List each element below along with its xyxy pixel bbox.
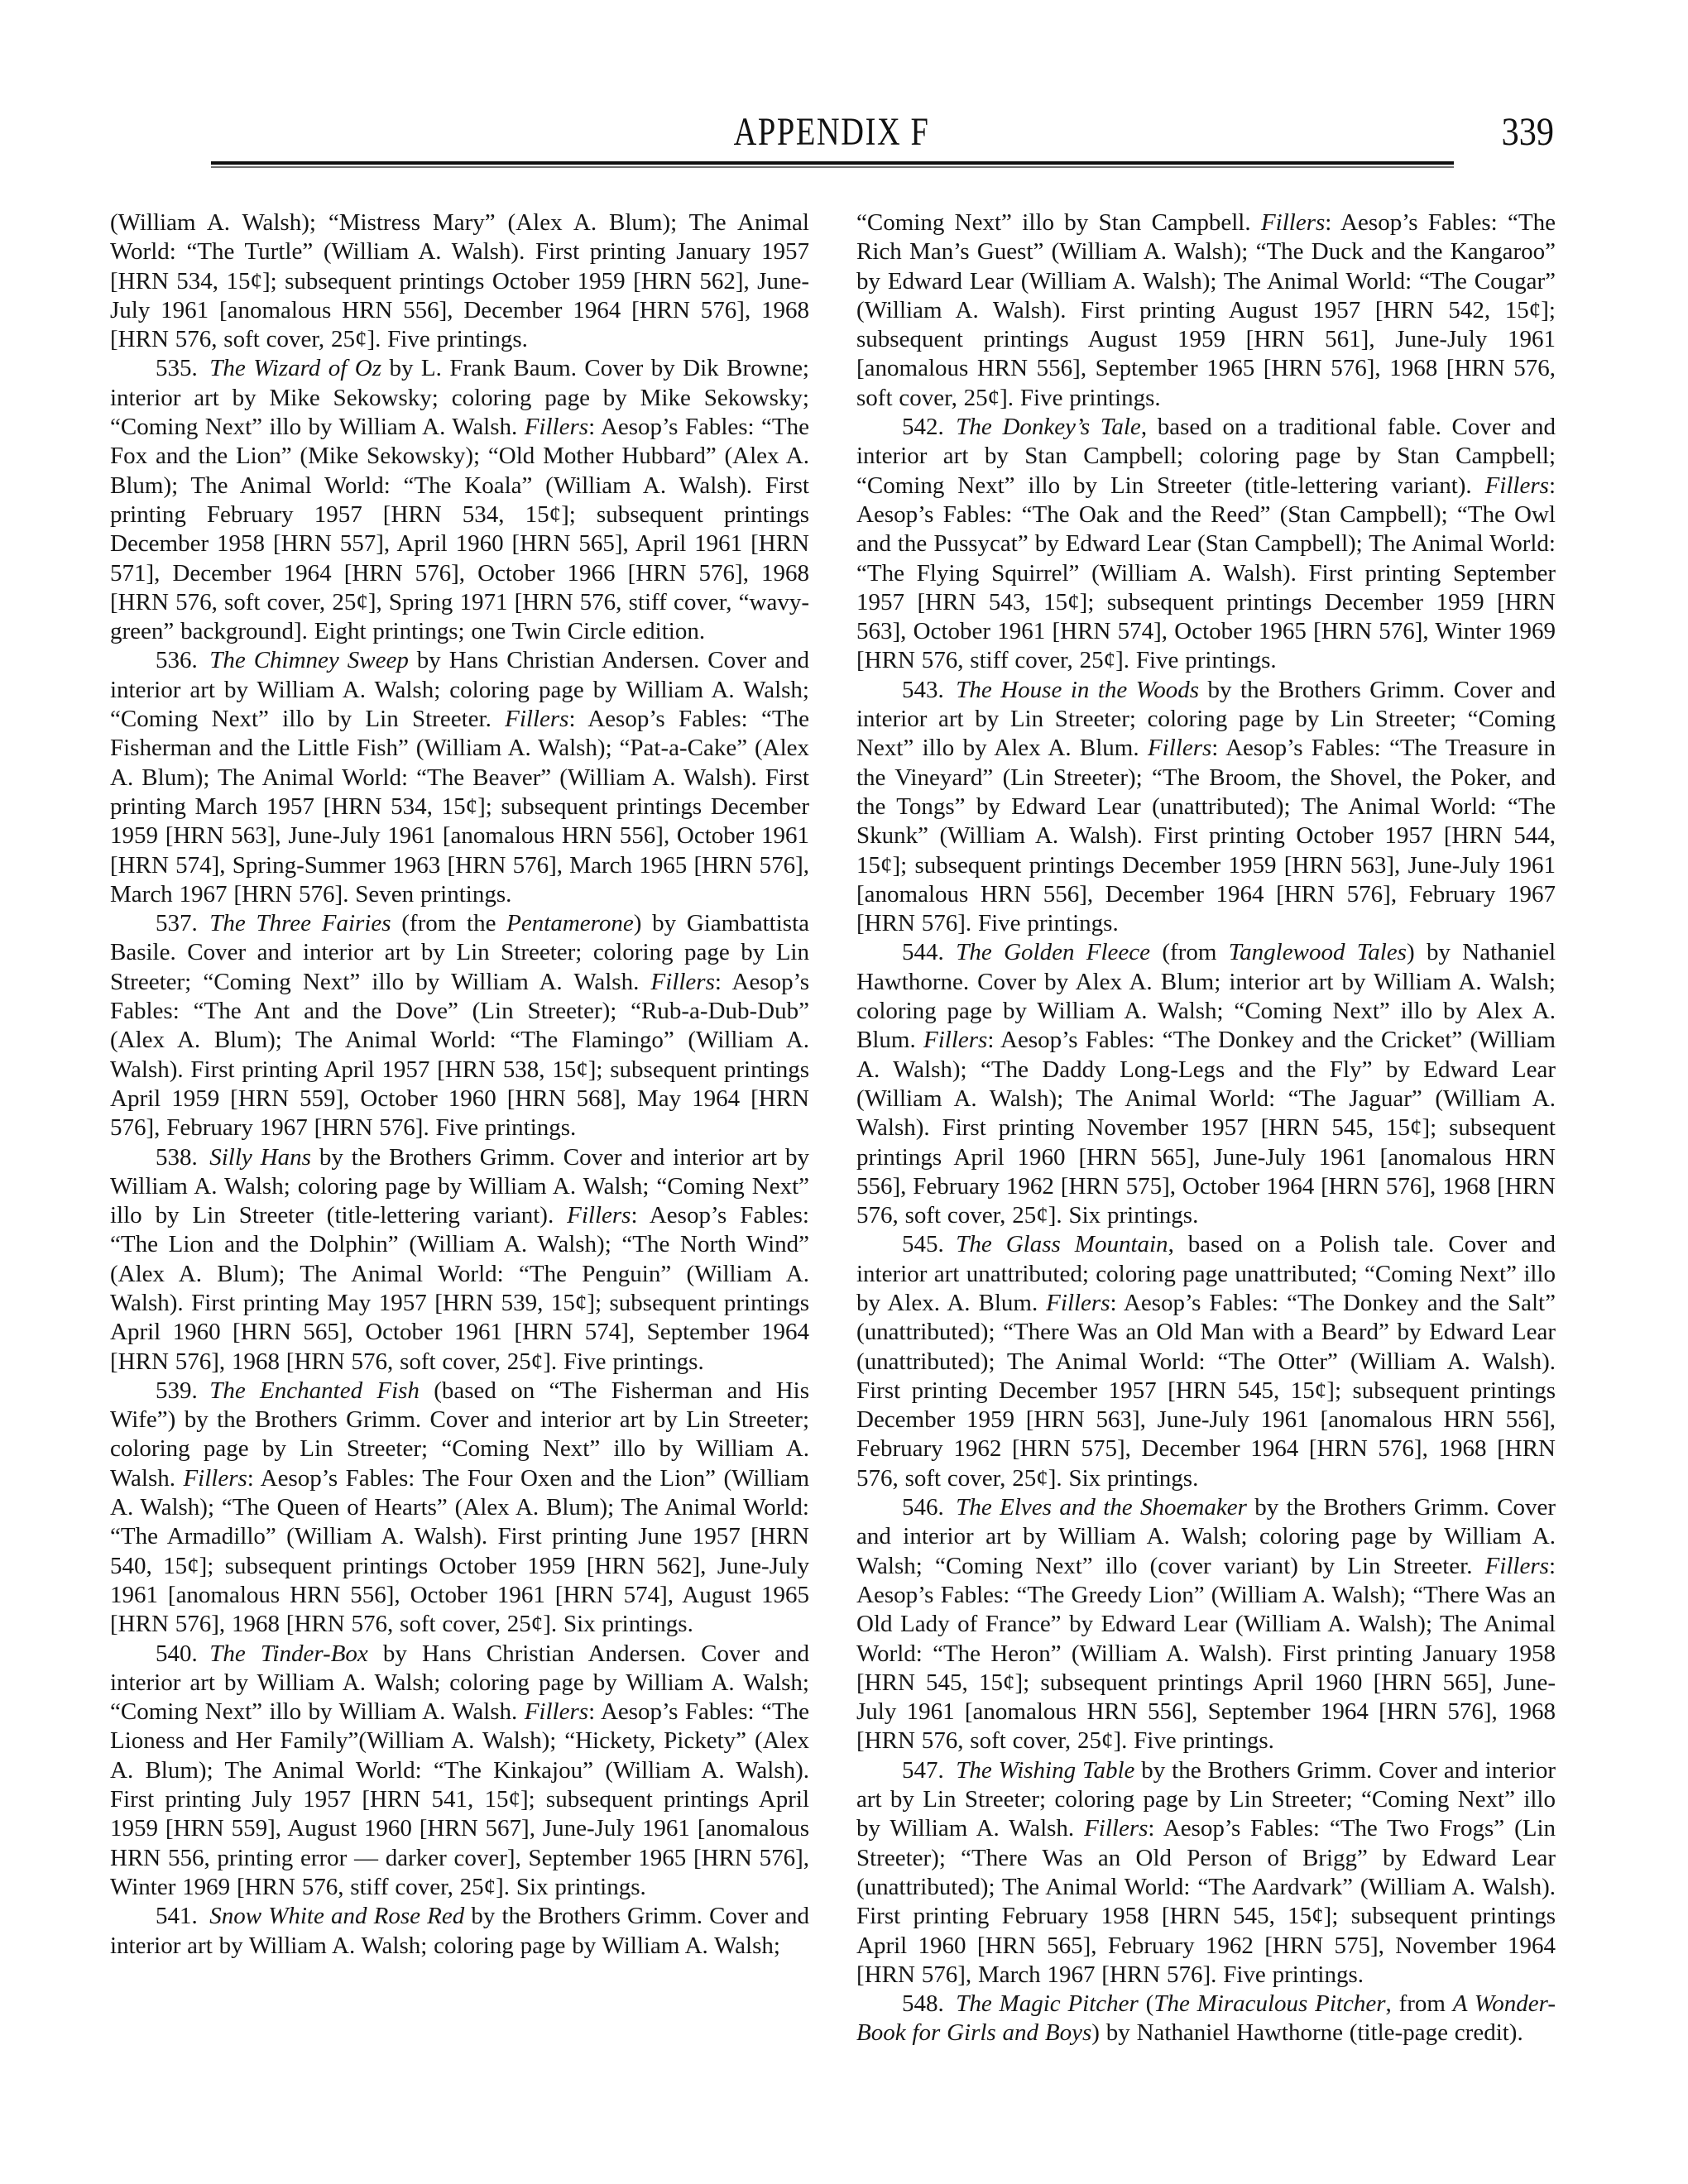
italic-run: Fillers xyxy=(651,969,715,995)
italic-run: The Wishing Table xyxy=(956,1757,1134,1784)
text-run: 545. xyxy=(902,1231,956,1257)
entry-539: 539. The Enchanted Fish (based on “The F… xyxy=(110,1377,809,1640)
header-rule xyxy=(211,161,1454,168)
italic-run: The Wizard of Oz xyxy=(209,355,381,381)
entry-540: 540. The Tinder-Box by Hans Christian An… xyxy=(110,1640,809,1903)
italic-run: The Three Fairies xyxy=(209,910,391,936)
italic-run: The Chimney Sweep xyxy=(209,647,409,673)
italic-run: The Miraculous Pitcher xyxy=(1153,1990,1385,2017)
italic-run: Fillers xyxy=(183,1465,247,1492)
column-right: “Coming Next” illo by Stan Campbell. Fil… xyxy=(856,208,1556,2048)
entry-544: 544. The Golden Fleece (from Tanglewood … xyxy=(856,938,1556,1230)
italic-run: The Elves and the Shoemaker xyxy=(956,1494,1247,1521)
text-run: 547. xyxy=(902,1757,956,1784)
italic-run: The House in the Woods xyxy=(956,677,1199,703)
text-run: : Aesop’s Fables: “The Lioness and Her F… xyxy=(110,1698,809,1900)
text-run: : Aesop’s Fables: “The Greedy Lion” (Wil… xyxy=(856,1553,1556,1755)
italic-run: The Magic Pitcher xyxy=(956,1990,1139,2017)
entry-545: 545. The Glass Mountain, based on a Poli… xyxy=(856,1230,1556,1493)
text-run: : Aesop’s Fables: “The Donkey and the Sa… xyxy=(856,1290,1556,1492)
entry-543: 543. The House in the Woods by the Broth… xyxy=(856,676,1556,939)
entry-547: 547. The Wishing Table by the Brothers G… xyxy=(856,1756,1556,1990)
text-run: 538. xyxy=(156,1144,209,1171)
italic-run: The Enchanted Fish xyxy=(209,1377,420,1404)
column-left: (William A. Walsh); “Mistress Mary” (Ale… xyxy=(110,208,809,2048)
text-run: (from the xyxy=(391,910,507,936)
italic-run: Fillers xyxy=(1261,209,1325,236)
italic-run: The Glass Mountain xyxy=(956,1231,1168,1257)
text-run: ( xyxy=(1139,1990,1153,2017)
italic-run: Fillers xyxy=(923,1027,987,1053)
italic-run: Fillers xyxy=(1148,735,1211,761)
italic-run: The Golden Fleece xyxy=(956,939,1150,965)
italic-run: Silly Hans xyxy=(209,1144,311,1171)
italic-run: Tanglewood Tales xyxy=(1229,939,1407,965)
text-columns: (William A. Walsh); “Mistress Mary” (Ale… xyxy=(110,208,1556,2048)
entry-538: 538. Silly Hans by the Brothers Grimm. C… xyxy=(110,1143,809,1377)
text-run: (William A. Walsh); “Mistress Mary” (Ale… xyxy=(110,209,809,352)
text-run: : Aesop’s Fables: “The Fisherman and the… xyxy=(110,706,809,908)
text-run: 537. xyxy=(156,910,209,936)
continued-paragraph: “Coming Next” illo by Stan Campbell. Fil… xyxy=(856,208,1556,413)
text-run: 536. xyxy=(156,647,209,673)
text-run: “Coming Next” illo by Stan Campbell. xyxy=(856,209,1261,236)
text-run: : Aesop’s Fables: “The Donkey and the Cr… xyxy=(856,1027,1556,1228)
italic-run: Fillers xyxy=(525,1698,588,1725)
italic-run: Fillers xyxy=(1084,1815,1148,1842)
text-run: 541. xyxy=(156,1903,209,1929)
italic-run: The Tinder-Box xyxy=(209,1640,368,1667)
italic-run: Fillers xyxy=(525,414,588,440)
entry-537: 537. The Three Fairies (from the Pentame… xyxy=(110,909,809,1142)
italic-run: Fillers xyxy=(505,706,568,732)
appendix-title: APPENDIX F xyxy=(734,113,930,152)
text-run: : Aesop’s Fables: “The Treasure in the V… xyxy=(856,735,1556,936)
italic-run: Pentamerone xyxy=(506,910,634,936)
text-run: 544. xyxy=(902,939,956,965)
italic-run: The Donkey’s Tale xyxy=(956,414,1141,440)
text-run: 546. xyxy=(902,1494,956,1521)
running-head: APPENDIX F xyxy=(110,113,1554,152)
italic-run: Snow White and Rose Red xyxy=(209,1903,464,1929)
book-page: APPENDIX F 339 (William A. Walsh); “Mist… xyxy=(0,0,1688,2184)
text-run: 543. xyxy=(902,677,956,703)
text-run: 535. xyxy=(156,355,209,381)
italic-run: Fillers xyxy=(1485,1553,1549,1579)
text-run: ) by Nathaniel Hawthorne (title-page cre… xyxy=(1091,2019,1523,2046)
entry-546: 546. The Elves and the Shoemaker by the … xyxy=(856,1493,1556,1756)
text-run: (from xyxy=(1150,939,1229,965)
entry-542: 542. The Donkey’s Tale, based on a tradi… xyxy=(856,413,1556,676)
page-number: 339 xyxy=(1502,113,1554,152)
italic-run: Fillers xyxy=(567,1202,631,1228)
text-run: , from xyxy=(1386,1990,1453,2017)
text-run: 540. xyxy=(156,1640,209,1667)
text-run: 539. xyxy=(156,1377,209,1404)
text-run: 548. xyxy=(902,1990,956,2017)
text-run: : Aesop’s Fables: “The Rich Man’s Guest”… xyxy=(856,209,1556,411)
italic-run: Fillers xyxy=(1485,472,1549,499)
text-run: 542. xyxy=(902,414,956,440)
entry-536: 536. The Chimney Sweep by Hans Christian… xyxy=(110,646,809,909)
text-run: : Aesop’s Fables: “The Fox and the Lion”… xyxy=(110,414,809,644)
page-header: APPENDIX F 339 xyxy=(110,113,1554,162)
entry-541: 541. Snow White and Rose Red by the Brot… xyxy=(110,1902,809,1961)
entry-535: 535. The Wizard of Oz by L. Frank Baum. … xyxy=(110,354,809,646)
text-run: : Aesop’s Fables: “The Oak and the Reed”… xyxy=(856,472,1556,674)
entry-548: 548. The Magic Pitcher (The Miraculous P… xyxy=(856,1990,1556,2048)
italic-run: Fillers xyxy=(1046,1290,1110,1316)
continued-paragraph: (William A. Walsh); “Mistress Mary” (Ale… xyxy=(110,208,809,354)
